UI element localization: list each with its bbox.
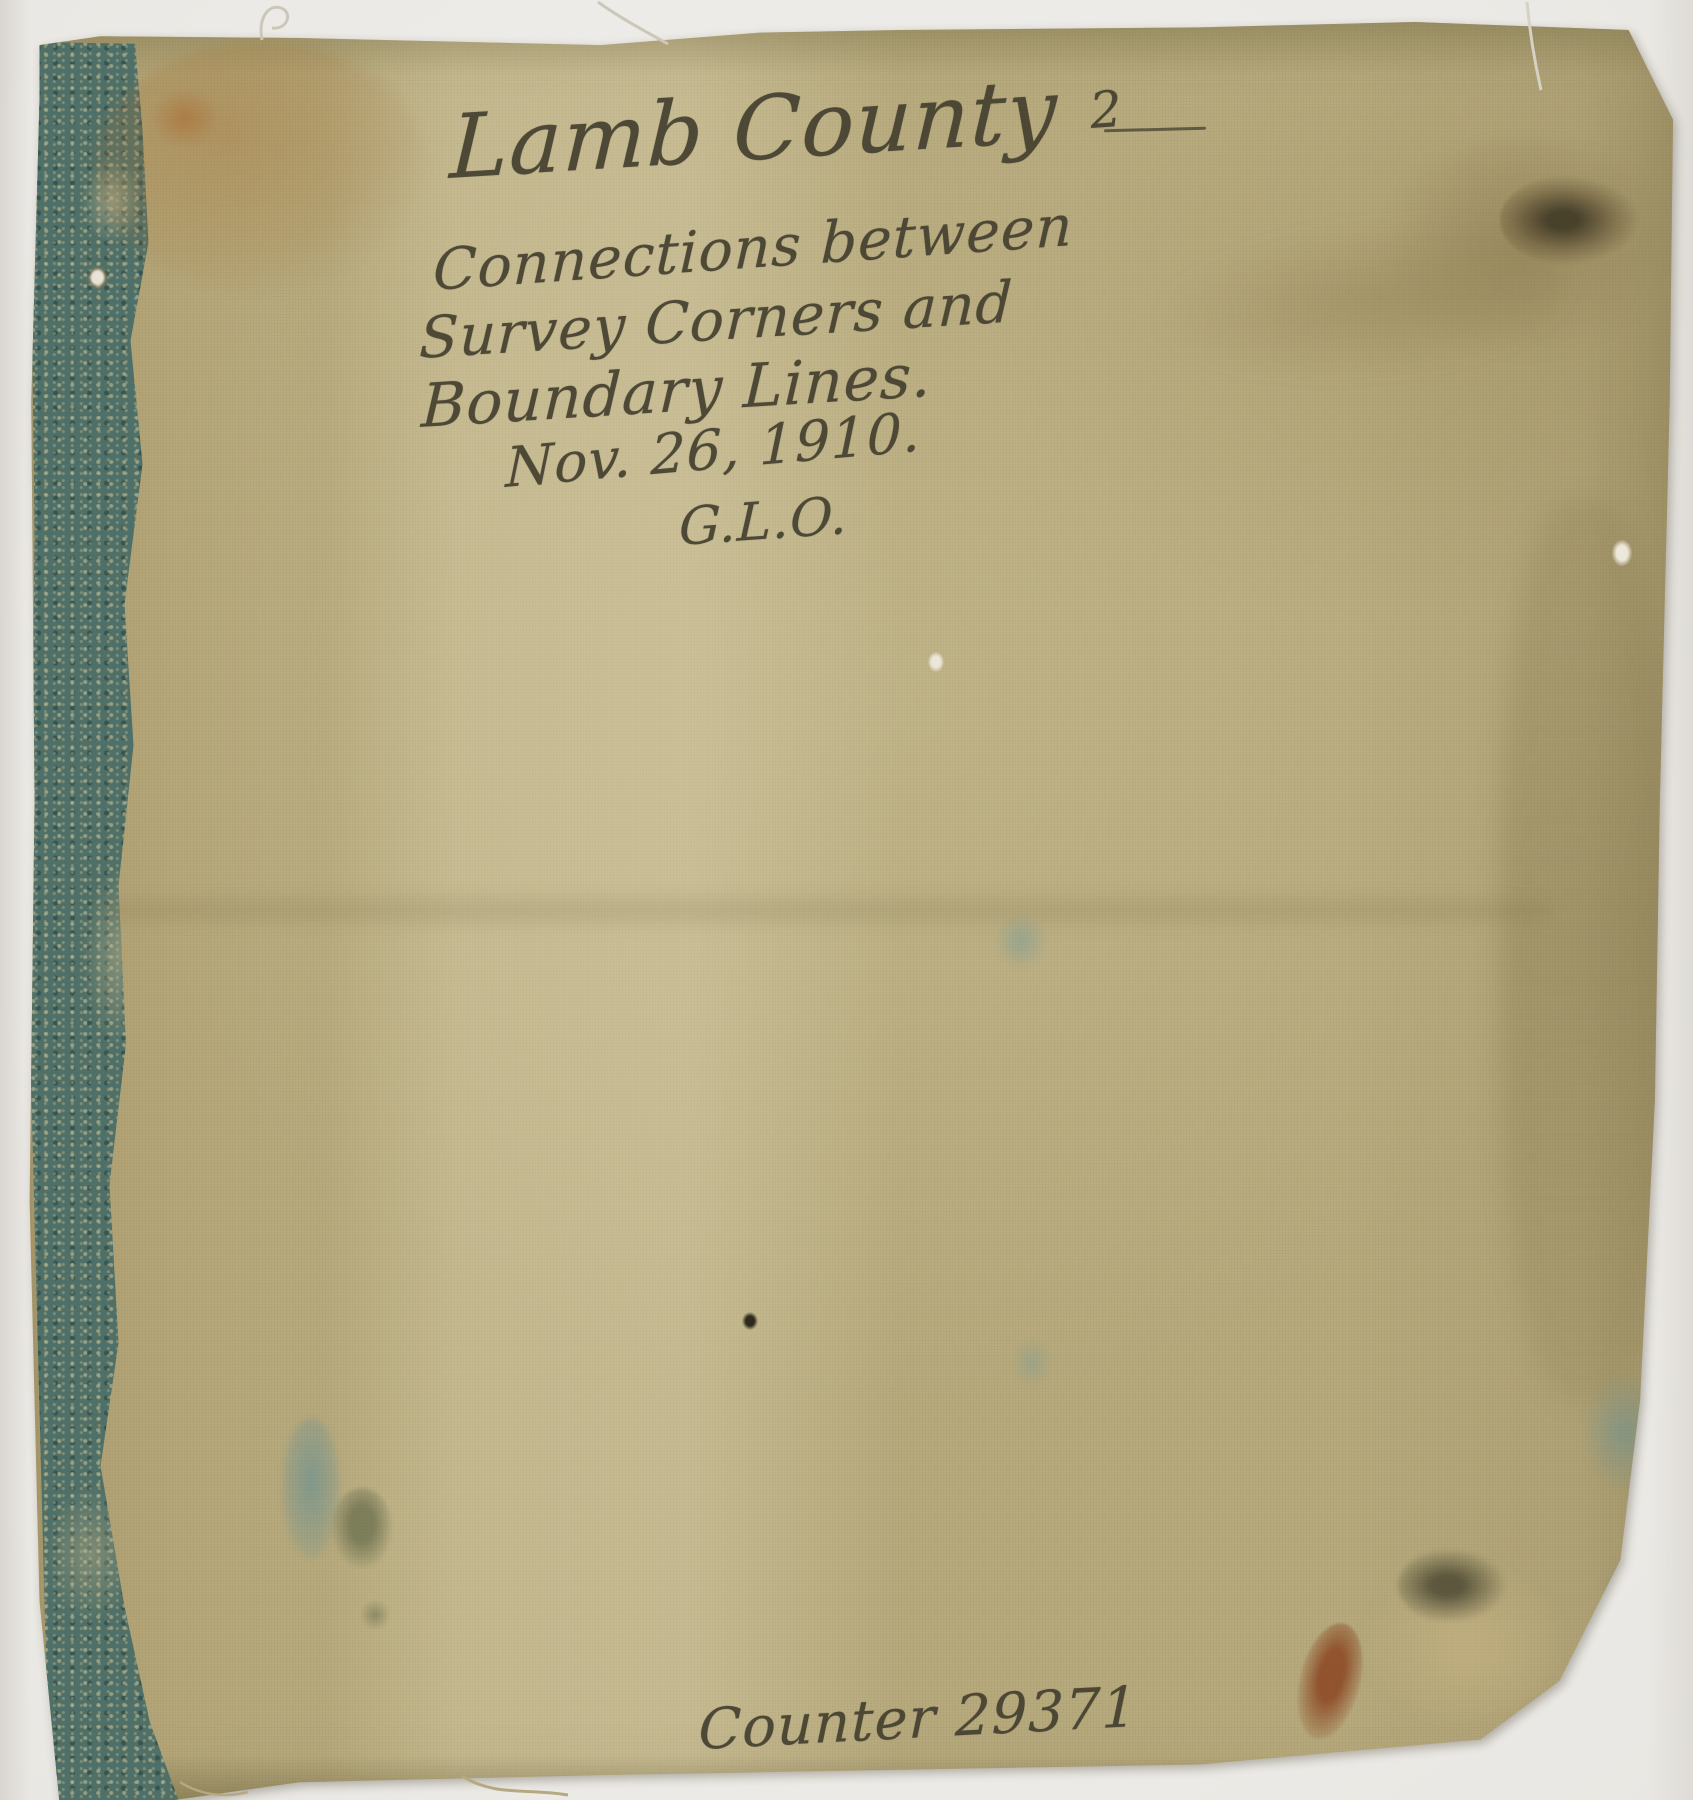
- stain-blue-smudge-middle: [995, 912, 1047, 970]
- stain-dark-smudge-bottom-right: [1398, 1548, 1508, 1623]
- stain-smudge-halo-top-right: [1380, 140, 1670, 360]
- stain-teal-patch-right-edge: [1582, 1372, 1668, 1492]
- stain-green-dot-bottom-left: [360, 1600, 390, 1630]
- scanned-document-page: 2 Lamb County Connections between Survey…: [0, 0, 1693, 1800]
- white-fleck-right: [1612, 540, 1632, 566]
- stain-teal-small-right-edge: [1600, 1555, 1660, 1625]
- stain-tall-shadow-right: [1500, 500, 1670, 1400]
- handwritten-glo-initials: G.L.O.: [678, 486, 849, 558]
- stain-dark-blot-top-right: [1500, 175, 1640, 265]
- stain-blue-patch-bottom-left: [282, 1418, 340, 1558]
- stain-streak-band-right: [1143, 198, 1577, 401]
- binding-spine-strip: [30, 42, 180, 1800]
- stain-blue-smudge-lower: [1012, 1338, 1052, 1386]
- stain-rust-bottom-right: [1287, 1616, 1374, 1745]
- white-fleck-center: [928, 652, 944, 672]
- dark-dot-bottom-center: [742, 1312, 758, 1330]
- stain-tan-halo-bottom-right: [1360, 1560, 1560, 1720]
- stain-rust-spot-top-left: [150, 88, 220, 148]
- crease-shadow-horizontal: [100, 890, 1550, 930]
- stain-green-blotch-bottom-left: [332, 1488, 392, 1568]
